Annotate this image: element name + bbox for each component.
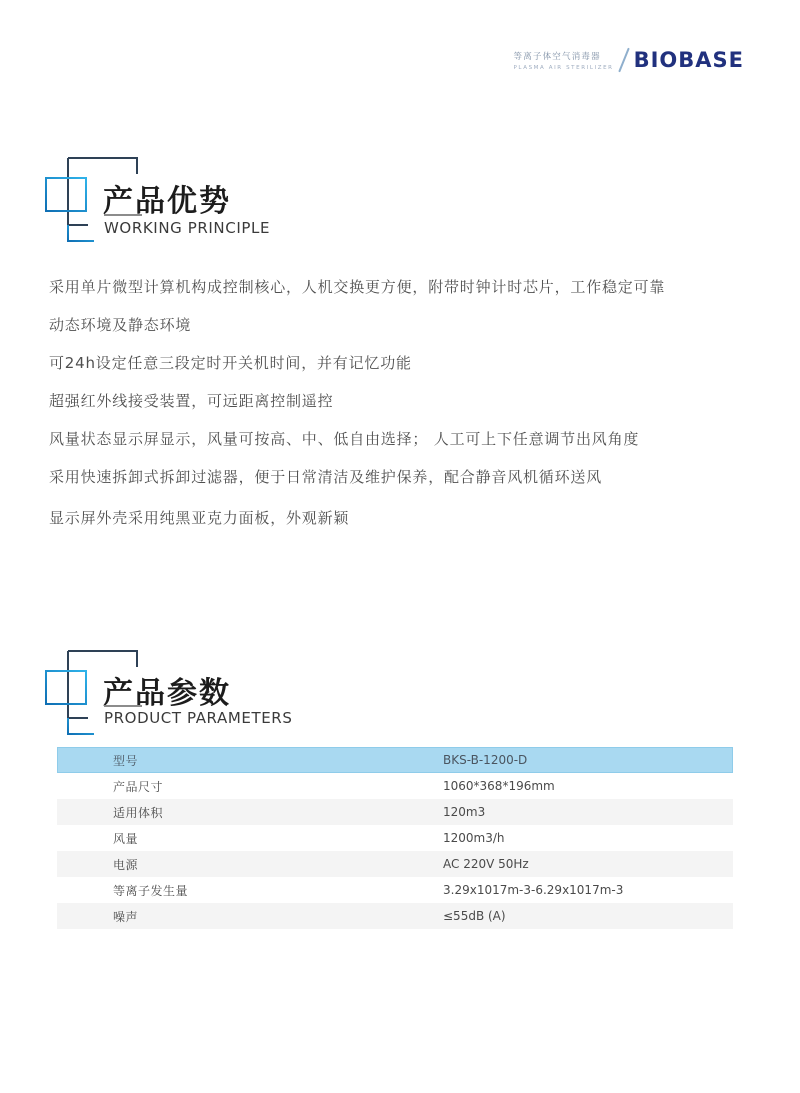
advantage-line: 超强红外线接受装置，可远距离控制遥控 — [49, 382, 769, 420]
advantage-line: 动态环境及静态环境 — [49, 306, 769, 344]
parameters-table: 型号 BKS-B-1200-D 产品尺寸 1060*368*196mm 适用体积… — [57, 747, 733, 929]
table-header-row: 型号 BKS-B-1200-D — [57, 747, 733, 773]
advantages-list: 采用单片微型计算机构成控制核心，人机交换更方便，附带时钟计时芯片，工作稳定可靠 … — [49, 268, 769, 537]
product-name-cn: 等离子体空气消毒器 — [514, 50, 614, 62]
param-value: 1060*368*196mm — [443, 779, 733, 793]
param-label: 电源 — [57, 856, 443, 873]
param-value: ≤55dB (A) — [443, 909, 733, 923]
advantage-line: 采用单片微型计算机构成控制核心，人机交换更方便，附带时钟计时芯片，工作稳定可靠 — [49, 268, 769, 306]
param-value: 1200m3/h — [443, 831, 733, 845]
advantage-line: 显示屏外壳采用纯黑亚克力面板，外观新颖 — [49, 499, 769, 537]
param-label: 型号 — [57, 752, 443, 769]
param-value: 3.29x1017m-3-6.29x1017m-3 — [443, 883, 733, 897]
param-label: 等离子发生量 — [57, 882, 443, 899]
table-row: 噪声 ≤55dB (A) — [57, 903, 733, 929]
table-row: 风量 1200m3/h — [57, 825, 733, 851]
product-name-en: PLASMA AIR STERILIZER — [514, 65, 614, 71]
advantage-line: 采用快速拆卸式拆卸过滤器，便于日常清洁及维护保养，配合静音风机循环送风 — [49, 458, 769, 496]
param-value: AC 220V 50Hz — [443, 857, 733, 871]
param-value: BKS-B-1200-D — [443, 753, 733, 767]
param-value: 120m3 — [443, 805, 733, 819]
title-underline — [104, 705, 142, 707]
title-underline — [104, 214, 142, 216]
advantage-line: 风量状态显示屏显示，风量可按高、中、低自由选择； 人工可上下任意调节出风角度 — [49, 420, 769, 458]
param-label: 产品尺寸 — [57, 778, 443, 795]
table-row: 适用体积 120m3 — [57, 799, 733, 825]
section-subtitle-advantages: WORKING PRINCIPLE — [104, 219, 270, 237]
brand-header: 等离子体空气消毒器 PLASMA AIR STERILIZER BIOBASE — [514, 47, 745, 73]
section-subtitle-parameters: PRODUCT PARAMETERS — [104, 709, 292, 727]
brand-product-names: 等离子体空气消毒器 PLASMA AIR STERILIZER — [514, 50, 614, 71]
table-row: 产品尺寸 1060*368*196mm — [57, 773, 733, 799]
table-row: 等离子发生量 3.29x1017m-3-6.29x1017m-3 — [57, 877, 733, 903]
slash-divider-icon — [618, 48, 630, 73]
param-label: 风量 — [57, 830, 443, 847]
biobase-logo: BIOBASE — [634, 48, 744, 72]
table-row: 电源 AC 220V 50Hz — [57, 851, 733, 877]
param-label: 噪声 — [57, 908, 443, 925]
advantage-line: 可24h设定任意三段定时开关机时间，并有记忆功能 — [49, 344, 769, 382]
param-label: 适用体积 — [57, 804, 443, 821]
